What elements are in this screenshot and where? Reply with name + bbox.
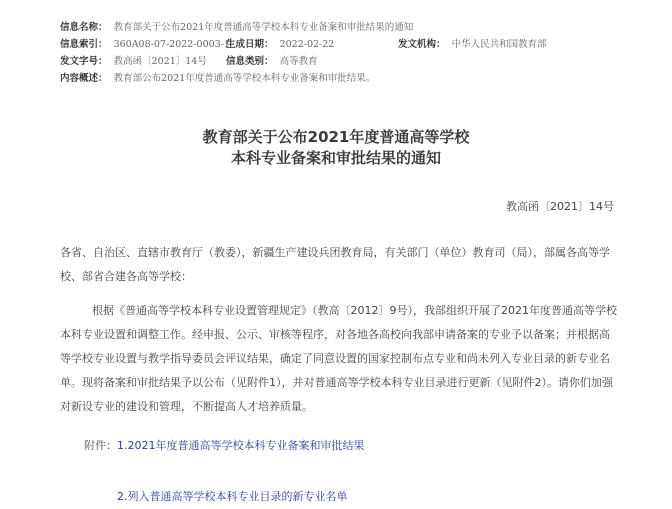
attachment-link-1[interactable]: 1.2021年度普通高等学校本科专业备案和审批结果 <box>117 439 365 452</box>
attachment-link-2[interactable]: 2.列入普通高等学校本科专业目录的新专业名单 <box>117 490 348 503</box>
title-line-1: 教育部关于公布2021年度普通高等学校 <box>0 127 672 148</box>
meta-label: 发文机构： <box>398 37 446 53</box>
meta-info-name: 信息名称： 教育部关于公布2021年度普通高等学校本科专业备案和审批结果的通知 <box>60 20 413 36</box>
meta-info-index: 信息索引： 360A08-07-2022-0003-1 <box>60 37 230 53</box>
meta-doc-number: 发文字号： 教高函〔2021〕14号 <box>60 54 207 70</box>
meta-date: 生成日期： 2022-02-22 <box>226 37 334 53</box>
meta-value: 360A08-07-2022-0003-1 <box>114 37 230 53</box>
meta-value: 2022-02-22 <box>280 37 335 53</box>
meta-label: 信息名称： <box>60 20 108 36</box>
meta-label: 信息索引： <box>60 37 108 53</box>
meta-label: 信息类别： <box>226 54 274 70</box>
meta-label: 发文字号： <box>60 54 108 70</box>
meta-value: 教育部关于公布2021年度普通高等学校本科专业备案和审批结果的通知 <box>114 20 414 36</box>
meta-label: 内容概述： <box>60 71 108 87</box>
meta-value: 教育部公布2021年度普通高等学校本科专业备案和审批结果。 <box>114 71 376 87</box>
attachments-label: 附件： <box>84 439 117 452</box>
body-paragraph: 根据《普通高等学校本科专业设置管理规定》（教高〔2012〕9号），我部组织开展了… <box>60 299 620 419</box>
meta-value: 高等教育 <box>280 54 318 70</box>
attachment-2: 2.列入普通高等学校本科专业目录的新专业名单 <box>117 488 348 504</box>
meta-value: 中华人民共和国教育部 <box>452 37 547 53</box>
meta-summary: 内容概述： 教育部公布2021年度普通高等学校本科专业备案和审批结果。 <box>60 71 375 87</box>
document-title: 教育部关于公布2021年度普通高等学校 本科专业备案和审批结果的通知 <box>0 127 672 169</box>
attachments: 附件：1.2021年度普通高等学校本科专业备案和审批结果 <box>84 437 365 453</box>
meta-category: 信息类别： 高等教育 <box>226 54 318 70</box>
salutation-paragraph: 各省、自治区、直辖市教育厅（教委），新疆生产建设兵团教育局，有关部门（单位）教育… <box>60 241 620 289</box>
meta-label: 生成日期： <box>226 37 274 53</box>
meta-value: 教高函〔2021〕14号 <box>114 54 207 70</box>
meta-issuer: 发文机构： 中华人民共和国教育部 <box>398 37 547 53</box>
title-line-2: 本科专业备案和审批结果的通知 <box>0 148 672 169</box>
document-number: 教高函〔2021〕14号 <box>506 198 614 214</box>
